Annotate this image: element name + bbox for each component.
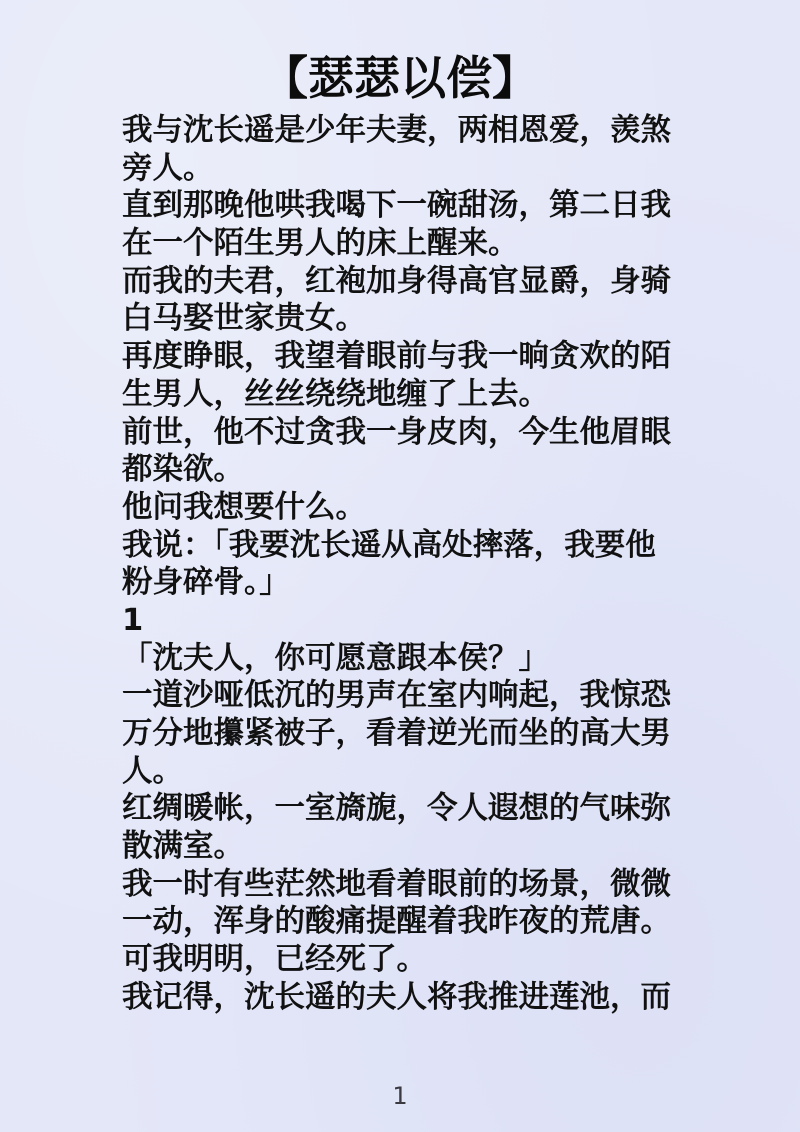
text-line: 可我明明，已经死了。	[122, 941, 686, 979]
story-body: 我与沈长遥是少年夫妻，两相恩爱，羡煞 旁人。 直到那晚他哄我喝下一碗甜汤，第二日…	[122, 112, 686, 1017]
text-line: 红绸暖帐，一室旖旎，令人遐想的气味弥	[122, 790, 686, 828]
text-line: 生男人，丝丝绕绕地缠了上去。	[122, 376, 686, 414]
text-line: 白马娶世家贵女。	[122, 300, 686, 338]
text-line: 而我的夫君，红袍加身得高官显爵，身骑	[122, 263, 686, 301]
text-line: 前世，他不过贪我一身皮肉，今生他眉眼	[122, 414, 686, 452]
text-line: 人。	[122, 753, 686, 791]
text-line: 再度睁眼，我望着眼前与我一晌贪欢的陌	[122, 338, 686, 376]
chapter-number: 1	[122, 602, 686, 640]
document-page: 【瑟瑟以偿】 我与沈长遥是少年夫妻，两相恩爱，羡煞 旁人。 直到那晚他哄我喝下一…	[0, 0, 800, 1132]
text-line: 一动，浑身的酸痛提醒着我昨夜的荒唐。	[122, 903, 686, 941]
page-number: 1	[0, 1080, 800, 1112]
text-line: 他问我想要什么。	[122, 489, 686, 527]
text-line: 旁人。	[122, 150, 686, 188]
text-line: 直到那晚他哄我喝下一碗甜汤，第二日我	[122, 187, 686, 225]
text-line: 我与沈长遥是少年夫妻，两相恩爱，羡煞	[122, 112, 686, 150]
text-line: 我一时有些茫然地看着眼前的场景，微微	[122, 866, 686, 904]
text-line: 我说：「我要沈长遥从高处摔落，我要他	[122, 527, 686, 565]
text-line: 在一个陌生男人的床上醒来。	[122, 225, 686, 263]
text-line: 粉身碎骨。」	[122, 564, 686, 602]
text-line: 「沈夫人，你可愿意跟本侯？」	[122, 640, 686, 678]
text-line: 散满室。	[122, 828, 686, 866]
text-line: 我记得，沈长遥的夫人将我推进莲池，而	[122, 979, 686, 1017]
text-line: 一道沙哑低沉的男声在室内响起，我惊恐	[122, 677, 686, 715]
document-title: 【瑟瑟以偿】	[0, 48, 800, 108]
text-line: 万分地攥紧被子，看着逆光而坐的高大男	[122, 715, 686, 753]
text-line: 都染欲。	[122, 451, 686, 489]
